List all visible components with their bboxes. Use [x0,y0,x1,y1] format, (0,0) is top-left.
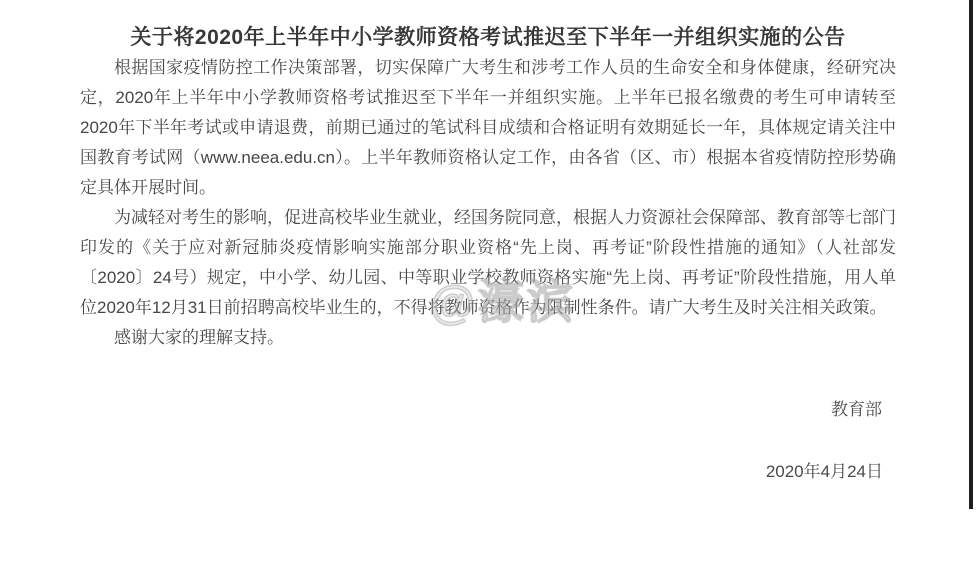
page-title: 关于将2020年上半年中小学教师资格考试推迟至下半年一并组织实施的公告 [0,23,976,53]
right-edge-scrollbar-line [969,0,973,509]
announcement-page: 关于将2020年上半年中小学教师资格考试推迟至下半年一并组织实施的公告 根据国家… [0,0,976,584]
paragraph-graduate-employment-policy: 为减轻对考生的影响，促进高校毕业生就业，经国务院同意，根据人力资源社会保障部、教… [80,203,896,323]
issuer-signature: 教育部 [80,395,896,425]
issue-date: 2020年4月24日 [80,457,896,487]
paragraph-thanks: 感谢大家的理解支持。 [80,323,896,353]
announcement-body: 根据国家疫情防控工作决策部署，切实保障广大考生和涉考工作人员的生命安全和身体健康… [0,53,976,487]
paragraph-exam-postponement: 根据国家疫情防控工作决策部署，切实保障广大考生和涉考工作人员的生命安全和身体健康… [80,53,896,203]
